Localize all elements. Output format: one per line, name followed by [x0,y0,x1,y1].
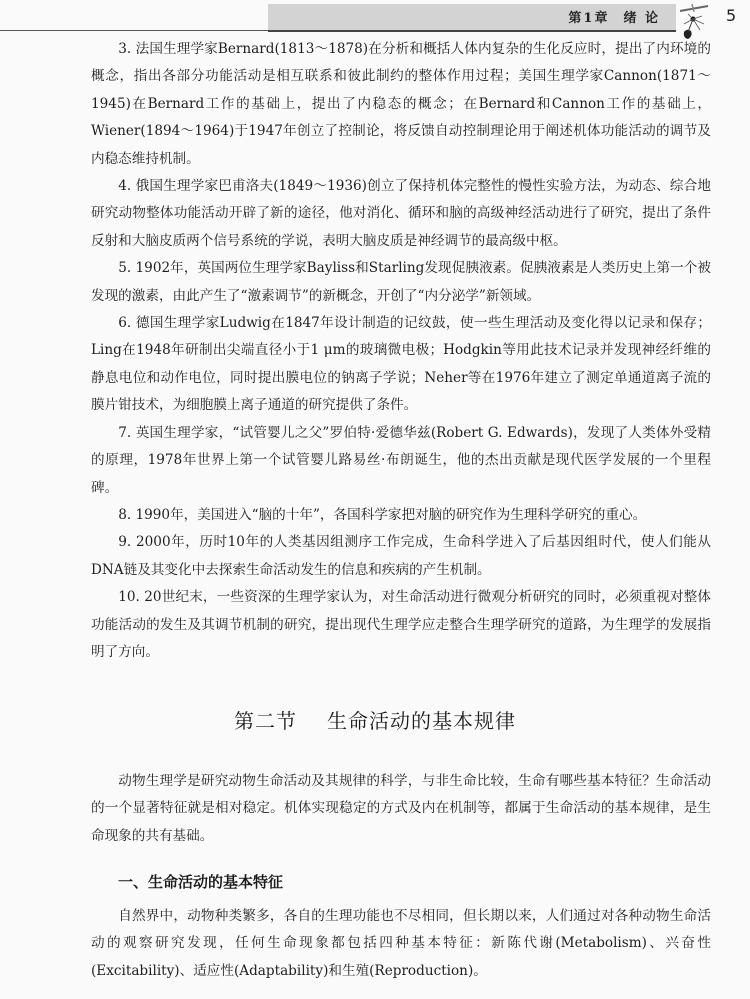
history-item-7: 7. 英国生理学家，“试管婴儿之父”罗伯特·爱德华兹(Robert G. Edw… [91,420,711,502]
section-intro: 动物生理学是研究动物生命活动及其规律的科学，与非生命比较，生命有哪些基本特征？生… [91,768,711,850]
body-paragraph: 自然界中，动物种类繁多，各自的生理功能也不尽相同，但长期以来，人们通过对各种动物… [91,903,711,985]
intro-paragraph: 动物生理学是研究动物生命活动及其规律的科学，与非生命比较，生命有哪些基本特征？生… [91,768,711,850]
chapter-title: 绪 论 [623,11,660,26]
history-item-3: 3. 法国生理学家Bernard(1813～1878)在分析和概括人体内复杂的生… [91,36,711,173]
section-number: 第二节 [234,709,297,733]
section-heading: 生命活动的基本规律 [327,709,516,733]
history-item-4: 4. 俄国生理学家巴甫洛夫(1849～1936)创立了保持机体完整性的慢性实验方… [91,173,711,255]
section-title: 第二节生命活动的基本规律 [0,705,750,734]
header-rule-thick [268,30,676,32]
running-header-chapter: 第1章绪 论 [554,7,660,26]
subsection-body: 自然界中，动物种类繁多，各自的生理功能也不尽相同，但长期以来，人们通过对各种动物… [91,903,711,985]
history-item-6: 6. 德国生理学家Ludwig在1847年设计制造的记纹鼓，使一些生理活动及变化… [91,310,711,420]
history-item-10: 10. 20世纪末，一些资深的生理学家认为，对生命活动进行微观分析研究的同时，必… [91,584,711,666]
page-number: 5 [726,6,736,25]
subsection-heading: 一、生命活动的基本特征 [118,871,283,892]
history-list: 3. 法国生理学家Bernard(1813～1878)在分析和概括人体内复杂的生… [91,36,711,666]
history-item-5: 5. 1902年，英国两位生理学家Bayliss和Starling发现促胰液素。… [91,255,711,310]
chapter-number: 第1章 [568,11,609,26]
history-item-8: 8. 1990年，美国进入“脑的十年”，各国科学家把对脑的研究作为生理科学研究的… [91,502,711,529]
history-item-9: 9. 2000年，历时10年的人类基因组测序工作完成，生命科学进入了后基因组时代… [91,529,711,584]
